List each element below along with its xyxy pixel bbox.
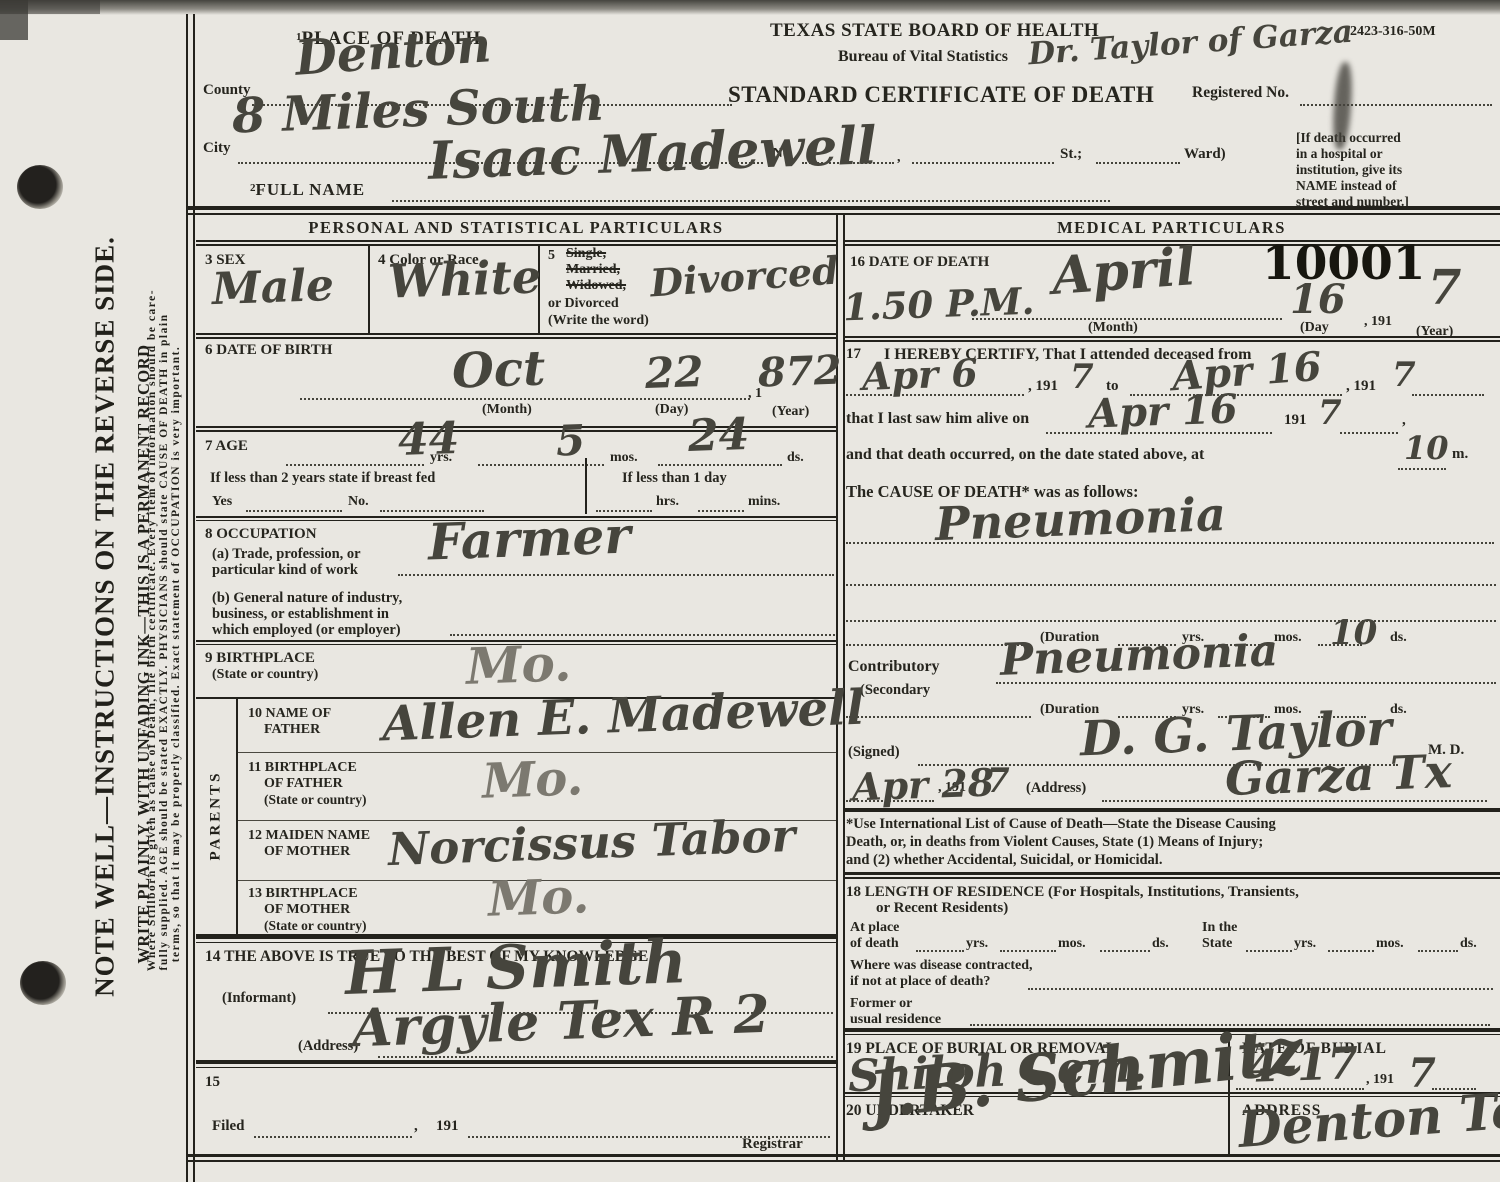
parents-divider [236,697,238,935]
dotted-leader [916,948,964,952]
occupation-a-label: particular kind of work [212,562,358,579]
footnote-line: *Use International List of Cause of Deat… [846,816,1276,833]
dotted-leader [1246,948,1292,952]
dotted-leader [1300,102,1492,106]
attended-from-handwriting: Apr 6 [861,354,978,396]
day-caption: (Day) [655,402,688,418]
former-residence-label: usual residence [850,1012,941,1028]
dotted-leader [392,198,1110,202]
full-name-label: FULL NAME [256,180,366,199]
certify-field-number: 17 [846,346,861,363]
bottom-rule [186,1160,1500,1162]
filed-label: Filed [212,1118,245,1135]
cell-divider [368,244,370,333]
dotted-leader [1412,392,1484,396]
comma-separator: , [897,150,901,166]
physician-address-handwriting: Garza Tx [1224,748,1452,802]
age-days-handwriting: 24 [687,413,750,459]
duration-days-handwriting: 10 [1330,616,1377,650]
filed-year-prefix: 191 [436,1118,459,1135]
mother-name-label: 12 MAIDEN NAME [248,828,370,844]
scan-top-edge [0,0,1500,15]
city-label: City [203,140,231,157]
age-years-handwriting: 44 [397,417,460,463]
year-prefix: , 191 [1366,1072,1394,1088]
informant-label: (Informant) [222,990,296,1007]
father-birthplace-value-handwriting: Mo. [481,754,584,805]
occupation-value-handwriting: Farmer [427,510,631,567]
yrs-caption: yrs. [966,936,988,952]
full-name-heading: 2FULL NAME [250,180,365,200]
dotted-leader [1340,430,1398,434]
mos-caption: mos. [1058,936,1086,952]
mother-birthplace-value-handwriting: Mo. [487,872,590,923]
marital-or-divorced-label: or Divorced [548,296,619,312]
age-label: 7 AGE [205,438,248,455]
dob-day-handwriting: 22 [644,351,704,395]
ds-caption: ds. [787,450,804,466]
dotted-leader [1328,948,1374,952]
birthplace-value-handwriting: Mo. [465,638,572,692]
death-certificate-scan: NOTE WELL—INSTRUCTIONS ON THE REVERSE SI… [0,0,1500,1182]
certificate-title: STANDARD CERTIFICATE OF DEATH [728,82,1154,108]
last-saw-alive-statement: that I last saw him alive on [846,410,1029,428]
alive-date-handwriting: Apr 16 [1087,389,1238,434]
form-left-border [193,14,195,1182]
year-prefix: , 191 [1346,378,1376,395]
dotted-leader [846,582,1496,586]
hospital-note-line: institution, give its [1296,162,1402,178]
occupation-b-label: (b) General nature of industry, [212,590,402,607]
hole-punch [17,165,63,209]
year-caption: (Year) [1416,324,1453,340]
year-prefix: 191 [1284,412,1307,429]
rule [845,336,1500,338]
birthplace-label: 9 BIRTHPLACE [205,650,315,667]
disease-contracted-label: if not at place of death? [850,974,990,990]
birthplace-sub-label: (State or country) [212,667,318,683]
form-left-border [186,14,188,1182]
dotted-leader [468,1134,830,1138]
dotted-leader [1418,948,1458,952]
death-occurred-statement: and that death occurred, on the date sta… [846,446,1204,464]
dotted-leader [1028,986,1493,990]
dotted-leader [658,462,782,466]
ds-caption: ds. [1152,936,1169,952]
ds-caption: ds. [1390,702,1407,718]
father-name-label: FATHER [264,722,320,738]
mins-caption: mins. [748,494,780,510]
ds-caption: ds. [1390,630,1407,646]
rule [845,877,1500,879]
father-birthplace-label: OF FATHER [264,776,343,792]
occupation-b-label: business, or establishment in [212,606,389,623]
rule [196,337,836,339]
month-caption: (Month) [482,402,532,418]
dotted-leader [698,508,744,512]
dotted-leader [1100,948,1150,952]
father-name-label: 10 NAME OF [248,706,331,722]
marital-value-handwriting: Divorced [649,251,840,302]
age-months-handwriting: 5 [555,420,586,463]
header-heavy-rule [186,206,1500,210]
father-birthplace-label: 11 BIRTHPLACE [248,760,357,776]
death-month-handwriting: April [1050,241,1197,303]
mother-birthplace-label: OF MOTHER [264,902,350,918]
ward-label: Ward) [1184,146,1226,163]
physician-address-label: (Address) [1026,780,1086,797]
cell-divider [585,458,587,514]
occupation-b-label: which employed (or employer) [212,622,401,639]
mother-birthplace-sub-label: (State or country) [264,918,366,934]
occupation-label: 8 OCCUPATION [205,526,317,543]
registered-no-label: Registered No. [1192,84,1289,102]
marital-write-word-label: (Write the word) [548,313,649,329]
marital-option-struck: Widowed, [566,278,626,294]
death-hour-handwriting: 10 [1404,432,1449,464]
registration-stamp-number: 10001 [1262,240,1426,287]
dotted-leader [246,508,342,512]
form-code: 2423-316-50M [1350,24,1436,40]
mos-caption: mos. [1274,630,1302,646]
rule [196,333,836,335]
marital-field-number: 5 [548,248,555,264]
mother-name-label: OF MOTHER [264,844,350,860]
year-prefix: , 191 [1364,314,1392,330]
rule [845,340,1500,342]
father-name-value-handwriting: Allen E. Madewell [381,684,865,749]
disease-contracted-label: Where was disease contracted, [850,958,1033,974]
breast-fed-label: If less than 2 years state if breast fed [210,470,435,487]
dotted-leader [912,160,1054,164]
signed-label: (Signed) [848,744,900,761]
dotted-leader [254,1134,412,1138]
parents-vertical-label: PARENTS [208,731,225,901]
personal-section-title: PERSONAL AND STATISTICAL PARTICULARS [196,218,836,238]
month-caption: (Month) [1088,320,1138,336]
county-value-handwriting: Denton [294,21,493,83]
father-birthplace-sub-label: (State or country) [264,792,366,808]
of-death-label: of death [850,936,899,952]
comma-separator: , [1402,412,1406,429]
informant-address-handwriting: Argyle Tex R 2 [351,989,770,1056]
yrs-caption: yrs. [1294,936,1316,952]
undertaker-address-handwriting: Denton Tex [1237,1083,1500,1155]
heavy-rule [196,1060,836,1064]
full-name-value-handwriting: Isaac Madewell [427,120,877,188]
bureau-subtitle: Bureau of Vital Statistics [838,48,1008,66]
mother-birthplace-label: 13 BIRTHPLACE [248,886,358,902]
street-label: St.; [1060,146,1082,163]
dob-month-handwriting: Oct [451,344,546,395]
date-of-death-label: 16 DATE OF DEATH [850,254,989,271]
mos-caption: mos. [610,450,638,466]
at-place-label: At place [850,920,899,936]
footnote-line: and (2) whether Accidental, Suicidal, or… [846,852,1162,869]
former-residence-label: Former or [850,996,912,1012]
residence-label: 18 LENGTH OF RESIDENCE (For Hospitals, I… [846,884,1299,901]
scan-corner-mark [0,0,100,14]
margin-fine-print-line: terms, so that it may be properly classi… [170,149,182,1159]
margin-note-well: NOTE WELL—INSTRUCTIONS ON THE REVERSE SI… [90,227,121,1007]
heavy-rule [845,808,1500,812]
hole-punch [20,961,66,1005]
contributory-value-handwriting: Pneumonia [999,629,1279,683]
hrs-caption: hrs. [656,494,679,510]
margin-fine-print-line: Where Stillborn is given as cause of Dea… [146,125,158,1135]
sign-date-handwriting: Apr 28 [851,764,994,807]
rule [845,872,1500,875]
hospital-note-line: [If death occurred [1296,130,1401,146]
registrar-label: Registrar [742,1136,803,1153]
rule [196,240,836,242]
sign-year-handwriting: 7 [986,764,1010,798]
header-heavy-rule [186,213,1500,215]
field-15-number: 15 [205,1074,220,1091]
dob-label: 6 DATE OF BIRTH [205,342,332,359]
death-time-handwriting: 1.50 P.M. [842,283,1035,327]
dotted-leader [398,572,834,576]
contributory-label: Contributory [848,658,940,676]
alive-year-handwriting: 7 [1318,396,1342,430]
death-year-handwriting: 7 [1428,264,1461,312]
less-than-day-label: If less than 1 day [622,470,727,487]
sex-value-handwriting: Male [211,264,334,312]
comma-separator: , [414,1118,418,1135]
margin-fine-print-line: fully supplied. AGE should be stated EXA… [158,137,170,1147]
marital-option-struck: Married, [566,262,620,278]
dotted-leader [1000,948,1056,952]
ds-caption: ds. [1460,936,1477,952]
rule [196,1067,836,1068]
hospital-note-line: NAME instead of [1296,178,1397,194]
marital-option-struck: Single, [566,246,606,262]
informant-address-label: (Address) [298,1038,358,1055]
dob-year-handwriting: 872 [757,351,842,394]
dotted-leader [846,714,1031,718]
in-the-label: In the [1202,920,1237,936]
medical-section-title: MEDICAL PARTICULARS [843,218,1500,238]
mos-caption: mos. [1376,936,1404,952]
secondary-label: (Secondary [860,682,930,699]
cause-of-death-handwriting: Pneumonia [934,491,1226,547]
state-label: State [1202,936,1232,952]
year-caption: (Year) [772,404,809,420]
no-label: No. [348,494,369,510]
rule [196,244,836,246]
to-year-handwriting: 7 [1392,358,1416,392]
occupation-a-label: (a) Trade, profession, or [212,546,361,563]
race-value-handwriting: White [387,253,542,304]
residence-label: or Recent Residents) [876,900,1008,917]
dotted-leader [1096,160,1180,164]
from-year-handwriting: 7 [1070,360,1094,394]
mother-name-value-handwriting: Norcissus Tabor [387,813,796,872]
meridiem-label: m. [1452,446,1468,463]
yes-label: Yes [212,494,232,510]
footnote-line: Death, or, in deaths from Violent Causes… [846,834,1263,851]
year-prefix: , 191 [1028,378,1058,395]
dotted-leader [846,618,1496,622]
